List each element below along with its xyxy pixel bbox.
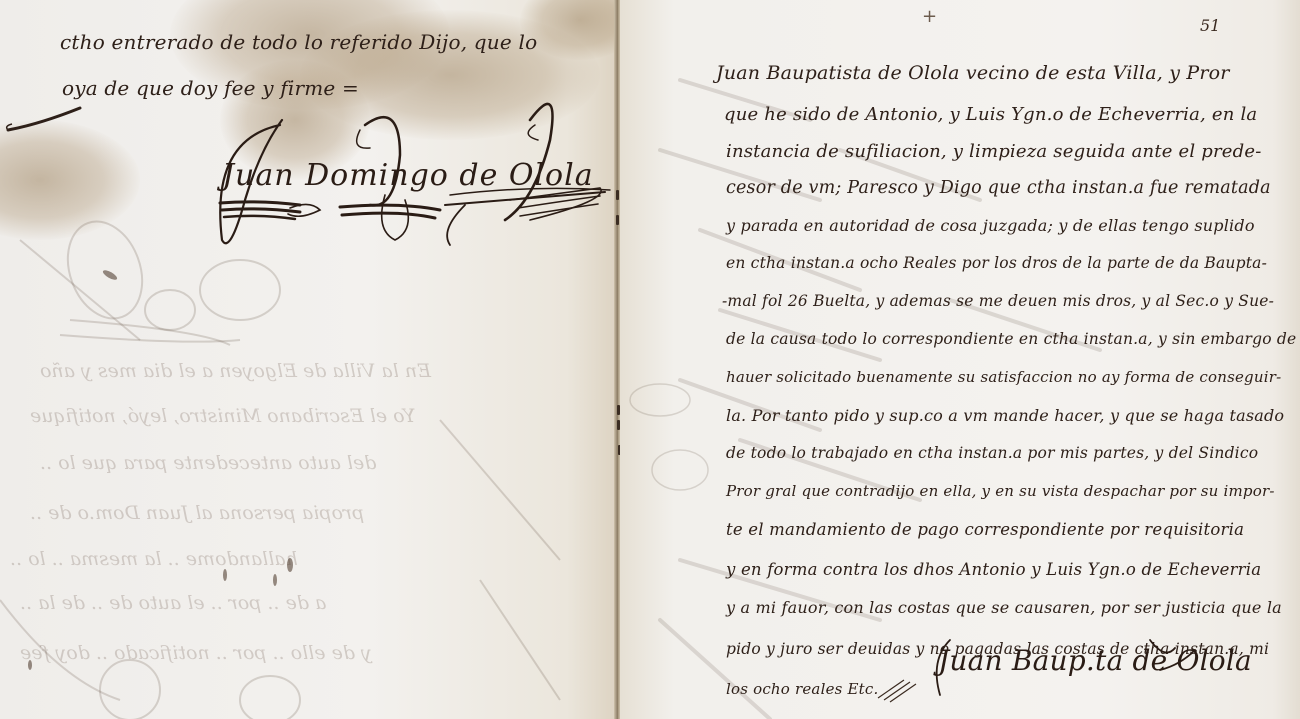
manuscript-line: los ocho reales Etc. [726,680,878,698]
folio-number: 51 [1200,16,1220,35]
manuscript-line: y parada en autoridad de cosa juzgada; y… [726,216,1255,235]
top-mark: + [922,6,937,27]
line-end-flourish [0,100,120,160]
left-page: En la Villa de Elgoyen a el dia mes y añ… [0,0,616,719]
manuscript-line: en ctha instan.a ocho Reales por los dro… [726,254,1267,272]
manuscript-line: te el mandamiento de pago correspondient… [726,520,1244,539]
manuscript-line: y a mi fauor, con las costas que se caus… [726,598,1282,617]
signature-flourish [200,80,616,250]
manuscript-line: de todo lo trabajado en ctha instan.a po… [726,444,1258,462]
binding-stitch [616,215,619,225]
manuscript-line: hauer solicitado buenamente su satisfacc… [726,368,1281,386]
manuscript-line: y en forma contra los dhos Antonio y Lui… [726,560,1261,579]
manuscript-line: de la causa todo lo correspondiente en c… [726,330,1296,348]
manuscript-line: ctho entrerado de todo lo referido Dijo,… [60,30,537,54]
manuscript-spread: En la Villa de Elgoyen a el dia mes y añ… [0,0,1300,719]
manuscript-line: -mal fol 26 Buelta, y ademas se me deuen… [722,292,1274,310]
etc-rubric [874,676,934,706]
manuscript-line: la. Por tanto pido y sup.co a vm mande h… [726,406,1284,425]
manuscript-line: cesor de vm; Paresco y Digo que ctha ins… [726,178,1271,198]
right-page: + 51 Juan Baupatista de Olola vecino de … [620,0,1300,719]
manuscript-line: que he sido de Antonio, y Luis Ygn.o de … [724,104,1257,125]
manuscript-line: instancia de sufiliacion, y limpieza seg… [726,141,1262,162]
binding-stitch [616,190,619,200]
signature-flourish [910,620,1210,700]
manuscript-line: Juan Baupatista de Olola vecino de esta … [716,62,1230,84]
manuscript-line: Pror gral que contradijo en ella, y en s… [726,482,1275,500]
